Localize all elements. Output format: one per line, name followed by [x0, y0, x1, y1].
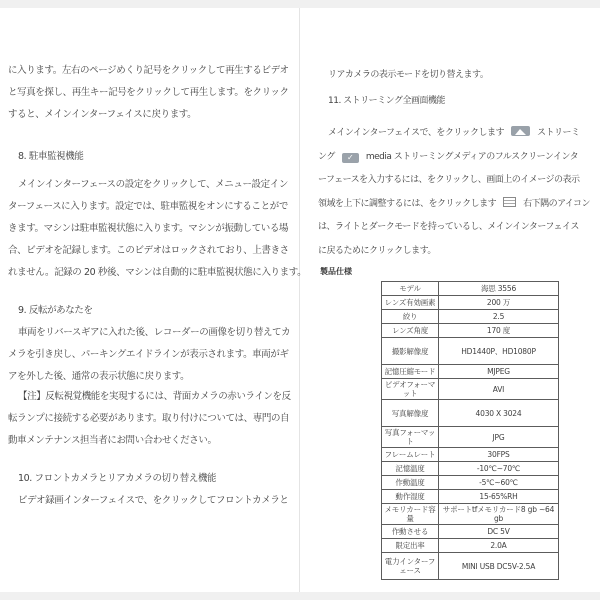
text-line: は、ライトとダークモードを持っているし、メインインターフェイス [318, 216, 594, 240]
sec11-line2-text: ング [318, 152, 335, 162]
heading-streaming-fullscreen: 11. ストリーミング全画面機能 [318, 90, 600, 114]
spec-row: 記憶温度-10℃~70℃ [382, 462, 558, 476]
media-thumbnail-icon [511, 126, 530, 136]
spec-value: AVI [439, 379, 558, 399]
spec-value: サポートtfメモリカード8 gb ~64 gb [439, 504, 558, 524]
spec-label: 限定出率 [382, 539, 439, 552]
spec-label: 作動させる [382, 525, 439, 538]
paragraph-installation-note: 【注】反転視覚機能を実現するには、背面カメラの赤いラインを反転ランプに接続する必… [8, 386, 296, 452]
spec-label: レンズ有効画素 [382, 296, 439, 309]
spec-row: ビデオフォーマットAVI [382, 379, 558, 400]
text-line: 【注】反転視覚機能を実現するには、背面カメラの赤いラインを反 [8, 386, 296, 408]
heading-camera-switch: 10. フロントカメラとリアカメラの切り替え機能 [8, 468, 306, 490]
spec-label: 絞り [382, 310, 439, 323]
text-line: と写真を探し、再生キー記号をクリックして再生します。をクリック [8, 82, 296, 104]
spec-label: フレームレート [382, 448, 439, 461]
spec-value: 30FPS [439, 448, 558, 461]
manual-page: に入ります。左右のページめくり記号をクリックして再生するビデオと写真を探し、再生… [0, 0, 600, 600]
paragraph-parking-monitor: メインインターフェースの設定をクリックして、メニュー設定インターフェースに入りま… [8, 174, 296, 284]
paragraph-playback-navigation: に入ります。左右のページめくり記号をクリックして再生するビデオと写真を探し、再生… [8, 60, 296, 126]
spec-row: レンズ角度170 度 [382, 324, 558, 338]
text-line: ビデオ録画インターフェイスで、をクリックしてフロントカメラと [8, 490, 296, 512]
spec-row: 電力インターフェースMINI USB DC5V-2.5A [382, 553, 558, 580]
spec-label: 電力インターフェース [382, 553, 439, 579]
text-line: ーフェースを入力するには、をクリックし、画面上のイメージの表示 [318, 169, 594, 193]
spec-row: メモリカード容量サポートtfメモリカード8 gb ~64 gb [382, 504, 558, 525]
text-line: に戻るためにクリックします。 [318, 240, 594, 264]
spec-value: 2.5 [439, 310, 558, 323]
heading-parking-monitor: 8. 駐車監視機能 [8, 146, 306, 168]
spec-value: 4030 X 3024 [439, 400, 558, 426]
spec-value: 170 度 [439, 324, 558, 337]
spec-label: 記憶温度 [382, 462, 439, 475]
text-line: すると、メインインターフェイスに戻ります。 [8, 104, 296, 126]
text-line: メインインターフェースの設定をクリックして、メニュー設定イン [8, 174, 296, 196]
sec11-line4-text: 領域を上下に調整するには、をクリックします [318, 199, 496, 209]
text-line: きます。マシンは駐車監視状態に入ります。マシンが振動している場 [8, 218, 296, 240]
paragraph-streaming-fullscreen: メインインターフェイスで、をクリックしますストリーミ ング✓media ストリー… [318, 122, 594, 263]
spec-label: 撮影解像度 [382, 338, 439, 364]
spec-row: モデル海思 3556 [382, 282, 558, 296]
spec-value: DC 5V [439, 525, 558, 538]
spec-table: モデル海思 3556レンズ有効画素200 万絞り2.5レンズ角度170 度撮影解… [381, 281, 559, 580]
paragraph-camera-switch: ビデオ録画インターフェイスで、をクリックしてフロントカメラと [8, 490, 296, 512]
spec-value: HD1440P、HD1080P [439, 338, 558, 364]
spec-label: 写真フォーマット [382, 427, 439, 447]
spec-row: 記憶圧縮モードMJPEG [382, 365, 558, 379]
spec-row: 絞り2.5 [382, 310, 558, 324]
spec-table-title: 製品仕様 [320, 266, 352, 277]
spec-value: JPG [439, 427, 558, 447]
sec11-line1-text2: ストリーミ [537, 128, 580, 138]
page-top-margin [0, 0, 600, 8]
spec-row: 動作湿度15-65%RH [382, 490, 558, 504]
spec-label: モデル [382, 282, 439, 295]
spec-row: 作動させるDC 5V [382, 525, 558, 539]
spec-label: 作動温度 [382, 476, 439, 489]
text-line: 領域を上下に調整するには、をクリックします右下隅のアイコン [318, 193, 594, 217]
text-line: 転ランプに接続する必要があります。取り付けについては、専門の自 [8, 408, 296, 430]
spec-value: 海思 3556 [439, 282, 558, 295]
text-line: リアカメラの表示モードを切り替えます。 [318, 64, 594, 88]
spec-value: 15-65%RH [439, 490, 558, 503]
text-line: 動車メンテナンス担当者にお問い合わせください。 [8, 430, 296, 452]
page-bottom-margin [0, 592, 600, 600]
sec11-line2-text2: media ストリーミングメディアのフルスクリーンインタ [366, 152, 578, 162]
checkmark-icon: ✓ [342, 153, 359, 163]
spec-row: フレームレート30FPS [382, 448, 558, 462]
paragraph-camera-switch-continued: リアカメラの表示モードを切り替えます。 [318, 64, 594, 88]
spec-label: 写真解像度 [382, 400, 439, 426]
spec-label: ビデオフォーマット [382, 379, 439, 399]
text-line: ターフェースに入ります。設定では、駐車監視をオンにすることがで [8, 196, 296, 218]
spec-value: 200 万 [439, 296, 558, 309]
sec11-line1-text: メインインターフェイスで、をクリックします [328, 128, 504, 138]
display-area-panel-icon [503, 197, 516, 207]
text-line: 合、ビデオを記録します。このビデオはロックされており、上書きさ [8, 240, 296, 262]
text-line: 車両をリバースギアに入れた後、レコーダーの画像を切り替えてカ [8, 322, 296, 344]
spec-row: 作動温度-5℃~60℃ [382, 476, 558, 490]
text-line: れません。記録の 20 秒後、マシンは自動的に駐車監視状態に入ります。 [8, 262, 296, 284]
spec-label: メモリカード容量 [382, 504, 439, 524]
spec-value: 2.0A [439, 539, 558, 552]
spec-value: -10℃~70℃ [439, 462, 558, 475]
spec-label: 動作湿度 [382, 490, 439, 503]
paragraph-reverse-function: 車両をリバースギアに入れた後、レコーダーの画像を切り替えてカメラを引き戻し、パー… [8, 322, 296, 388]
spec-label: 記憶圧縮モード [382, 365, 439, 378]
text-line: メラを引き戻し、パーキングエイドラインが表示されます。車両がギ [8, 344, 296, 366]
text-line: メインインターフェイスで、をクリックしますストリーミ [318, 122, 594, 146]
spec-value: MJPEG [439, 365, 558, 378]
sec11-line4-text2: 右下隅のアイコン [523, 199, 590, 209]
heading-reverse-function: 9. 反転があなたを [8, 300, 306, 322]
text-line: ング✓media ストリーミングメディアのフルスクリーンインタ [318, 146, 594, 170]
spec-value: -5℃~60℃ [439, 476, 558, 489]
spec-label: レンズ角度 [382, 324, 439, 337]
text-line: に入ります。左右のページめくり記号をクリックして再生するビデオ [8, 60, 296, 82]
spec-value: MINI USB DC5V-2.5A [439, 553, 558, 579]
spec-row: 撮影解像度HD1440P、HD1080P [382, 338, 558, 365]
spec-row: 限定出率2.0A [382, 539, 558, 553]
text-line: アを外した後、通常の表示状態に戻ります。 [8, 366, 296, 388]
spec-row: レンズ有効画素200 万 [382, 296, 558, 310]
spec-row: 写真解像度4030 X 3024 [382, 400, 558, 427]
spec-row: 写真フォーマットJPG [382, 427, 558, 448]
